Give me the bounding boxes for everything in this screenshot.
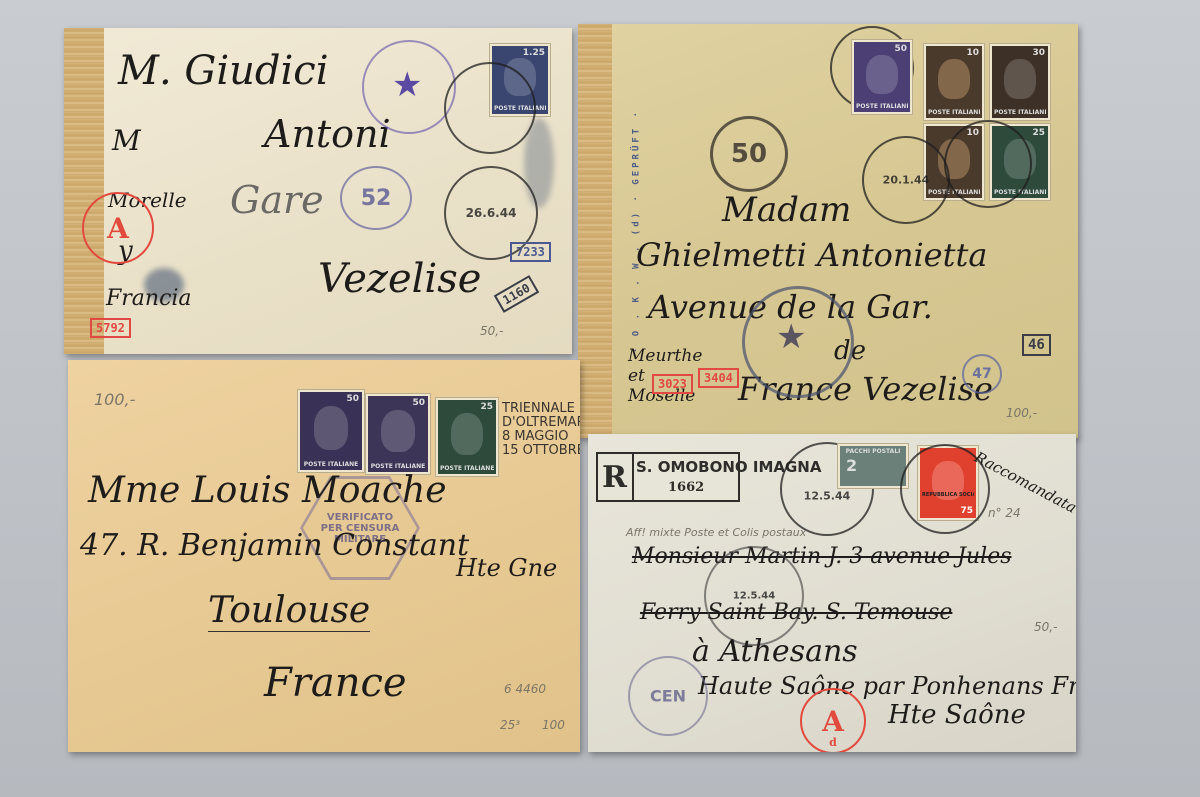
pencil-note: 100: [542, 718, 565, 732]
pencil-note: 100,-: [94, 390, 135, 409]
postage-stamp: 50POSTE ITALIANE: [298, 390, 364, 472]
address-line: Gare: [230, 178, 324, 222]
statistica-postmark: 12.5.44: [704, 546, 804, 646]
address-line: Hte Saône: [888, 700, 1026, 730]
side-line: Francia: [106, 286, 192, 311]
red-censor-box: 3023: [652, 374, 693, 394]
censor-number-circle: 52: [340, 166, 412, 230]
address-line: Mme Louis Moache: [88, 470, 447, 511]
address-line: à Athesans: [692, 634, 858, 669]
side-line: M: [112, 124, 141, 157]
blue-censor-box: 7233: [510, 242, 551, 262]
censor-box: 46: [1022, 334, 1051, 356]
pencil-note: 50,-: [1034, 620, 1057, 634]
postmark: [444, 62, 536, 154]
censor-tape: [64, 28, 104, 354]
postmark: 20.1.44: [862, 136, 950, 224]
censor-number-circle: 50: [710, 116, 788, 192]
address-line: Antoni: [264, 112, 391, 156]
address-line: Ghielmetti Antonietta: [636, 236, 987, 274]
postage-stamp: 10POSTE ITALIANE: [924, 44, 984, 120]
address-line: France: [264, 660, 407, 706]
address-line: Monsieur Martin J. 3 avenue Jules: [632, 544, 1012, 569]
blue-censor-circle: 47: [962, 354, 1002, 394]
pencil-header: Aff! mixte Poste et Colis postaux: [626, 526, 806, 539]
envelope-top-right: · O . K . W . (d) · GEPRÜFT · 50 Madam G…: [578, 24, 1078, 438]
address-line: M. Giudici: [118, 48, 329, 94]
pencil-note: n° 24: [988, 506, 1021, 520]
address-line: Madam: [722, 190, 851, 230]
censor-A-stamp: A d: [800, 688, 866, 752]
registration-label: R S. OMOBONO IMAGNA 1662: [596, 452, 740, 502]
star-icon: ★: [776, 320, 806, 354]
purple-censor-circle: CEN: [628, 656, 708, 736]
censor-tape: [578, 24, 612, 438]
parcel-stamp: 2 PACCHI POSTALI: [838, 444, 908, 488]
postage-stamp: 50POSTE ITALIANE: [366, 394, 430, 474]
address-line: Toulouse: [208, 590, 370, 632]
address-line: Vezelise: [318, 256, 481, 302]
envelope-top-left: M. Giudici Antoni Gare Vezelise M Morell…: [64, 28, 572, 354]
pencil-note: 25³: [500, 718, 520, 732]
address-line: Haute Saône par Ponhenans France: [698, 672, 1076, 700]
postage-stamp: 30POSTE ITALIANE: [990, 44, 1050, 120]
slogan-cancel: TRIENNALE D'OLTREMARE 8 MAGGIO 15 OTTOBR…: [502, 402, 580, 458]
censor-A-stamp: A: [82, 192, 154, 264]
postmark: [944, 120, 1032, 208]
pencil-note: 100,-: [1006, 406, 1037, 420]
address-line: Hte Gne: [456, 554, 557, 582]
pencil-note: 50,-: [480, 324, 503, 338]
red-censor-box: 3404: [698, 368, 739, 388]
star-icon: ★: [392, 68, 422, 102]
censor-tape-text: · O . K . W . (d) · GEPRÜFT ·: [612, 24, 626, 438]
envelope-bottom-right: R S. OMOBONO IMAGNA 1662 12.5.44 2 PACCH…: [588, 434, 1076, 752]
postage-stamp: 25POSTE ITALIANE: [436, 398, 498, 476]
pencil-note: 6 4460: [504, 682, 546, 696]
postage-stamp: 50POSTE ITALIANE: [852, 40, 912, 114]
envelope-bottom-left: 100,- 50POSTE ITALIANE 50POSTE ITALIANE …: [68, 360, 580, 752]
address-line: 47. R. Benjamin Constant: [80, 528, 469, 563]
black-censor-box: 1160: [494, 275, 539, 313]
red-censor-box: 5792: [90, 318, 131, 338]
